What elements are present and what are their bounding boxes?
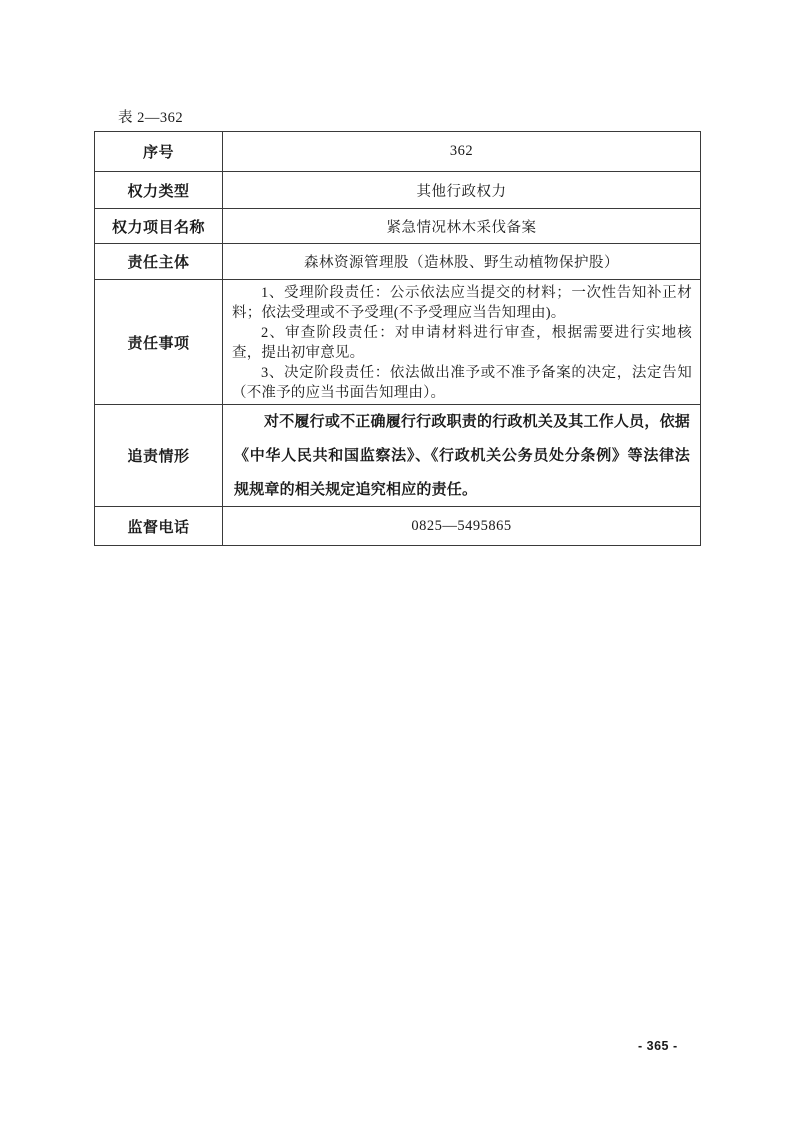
row-label: 权力类型 [95,172,223,208]
row-value: 对不履行或不正确履行行政职责的行政机关及其工作人员，依据《中华人民共和国监察法》… [223,405,700,506]
table-row-power-item-name: 权力项目名称 紧急情况林木采伐备案 [95,209,700,244]
table-row-power-type: 权力类型 其他行政权力 [95,172,700,209]
duty-paragraph-review: 2、审查阶段责任：对申请材料进行审查，根据需要进行实地核查，提出初审意见。 [232,323,692,363]
row-value: 362 [223,132,700,171]
row-label: 追责情形 [95,405,223,506]
page-number: - 365 - [638,1039,678,1053]
document-page: 表 2—362 序号 362 权力类型 其他行政权力 权力项目名称 紧急情况林木… [0,0,793,1122]
table-row-responsible-body: 责任主体 森林资源管理股（造林股、野生动植物保护股） [95,244,700,280]
row-label: 责任事项 [95,280,223,404]
duty-paragraph-decision: 3、决定阶段责任：依法做出准予或不准予备案的决定，法定告知（不准予的应当书面告知… [232,363,692,403]
row-label: 权力项目名称 [95,209,223,243]
table-caption: 表 2—362 [118,106,183,127]
row-value: 其他行政权力 [223,172,700,208]
table-row-serial-number: 序号 362 [95,132,700,172]
row-value: 森林资源管理股（造林股、野生动植物保护股） [223,244,700,279]
row-value: 0825—5495865 [223,507,700,545]
row-value: 1、受理阶段责任：公示依法应当提交的材料；一次性告知补正材料；依法受理或不予受理… [223,280,700,404]
row-value: 紧急情况林木采伐备案 [223,209,700,243]
row-label: 责任主体 [95,244,223,279]
duty-paragraph-acceptance: 1、受理阶段责任：公示依法应当提交的材料；一次性告知补正材料；依法受理或不予受理… [232,283,692,323]
row-label: 序号 [95,132,223,171]
table-row-accountability: 追责情形 对不履行或不正确履行行政职责的行政机关及其工作人员，依据《中华人民共和… [95,405,700,507]
table-row-supervision-phone: 监督电话 0825—5495865 [95,507,700,545]
row-label: 监督电话 [95,507,223,545]
table-row-responsibility-items: 责任事项 1、受理阶段责任：公示依法应当提交的材料；一次性告知补正材料；依法受理… [95,280,700,405]
responsibility-table: 序号 362 权力类型 其他行政权力 权力项目名称 紧急情况林木采伐备案 责任主… [94,131,701,546]
